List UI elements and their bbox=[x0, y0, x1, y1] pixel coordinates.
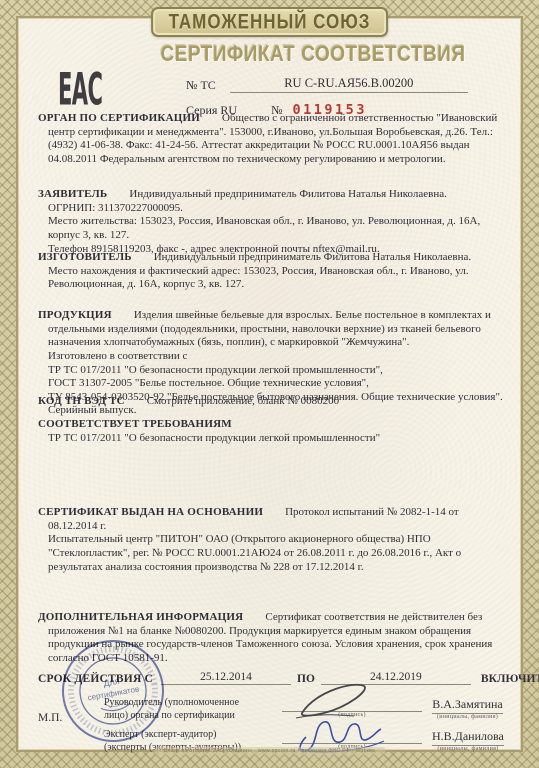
head-signature-line bbox=[282, 697, 422, 712]
product-line: ТР ТС 017/2011 "О безопасности продукции… bbox=[48, 364, 505, 378]
product-line: ГОСТ 31307-2005 "Белье постельное. Общие… bbox=[48, 377, 505, 391]
section-applicant-text: Индивидуальный предприниматель Филитова … bbox=[129, 188, 446, 200]
head-name-caption: (инициалы, фамилия) bbox=[432, 714, 503, 720]
stamp-text-line2: сертификатов bbox=[87, 685, 140, 703]
certificate-page: ТАМОЖЕННЫЙ СОЮЗ EAC СЕРТИФИКАТ СООТВЕТСТ… bbox=[0, 0, 539, 768]
expert-name: Н.В.Данилова bbox=[432, 729, 504, 746]
eac-logo: EAC bbox=[58, 64, 102, 116]
expert-name-caption: (инициалы, фамилия) bbox=[432, 746, 504, 752]
cert-number-label: № ТС bbox=[186, 78, 216, 93]
cert-number-value: RU C-RU.АЯ56.В.00200 bbox=[230, 76, 468, 93]
product-line: Изготовлено в соответствии с bbox=[48, 350, 505, 364]
section-applicant-label: ЗАЯВИТЕЛЬ bbox=[38, 188, 107, 200]
applicant-line: Место жительства: 153023, Россия, Иванов… bbox=[48, 215, 505, 242]
page-title: СЕРТИФИКАТ СООТВЕТСТВИЯ bbox=[128, 42, 498, 68]
cert-number-row: № ТС RU C-RU.АЯ56.В.00200 bbox=[186, 76, 468, 93]
section-meets-requirements: СООТВЕТСТВУЕТ ТРЕБОВАНИЯМ ТР ТС 017/2011… bbox=[38, 418, 505, 445]
validity-po-label: ПО bbox=[297, 673, 315, 685]
validity-suffix: ВКЛЮЧИТЕЛЬНО bbox=[481, 673, 539, 685]
section-tnved-text: Смотрите приложение, бланк № 0080200 bbox=[147, 395, 339, 407]
section-product-text: Изделия швейные бельевые для взрослых. Б… bbox=[48, 309, 491, 348]
applicant-line: ОГРНИП: 311370227000095. bbox=[48, 202, 505, 216]
customs-union-badge: ТАМОЖЕННЫЙ СОЮЗ bbox=[151, 7, 389, 37]
validity-to-date: 24.12.2019 bbox=[321, 671, 471, 685]
section-manufacturer-label: ИЗГОТОВИТЕЛЬ bbox=[38, 251, 132, 263]
section-meets-label: СООТВЕТСТВУЕТ ТРЕБОВАНИЯМ bbox=[38, 418, 505, 432]
section-tnved-code: КОД ТН ВЭД ТССмотрите приложение, бланк … bbox=[38, 395, 505, 409]
section-applicant: ЗАЯВИТЕЛЬИндивидуальный предприниматель … bbox=[38, 188, 505, 256]
manufacturer-line: Место нахождения и фактический адрес: 15… bbox=[48, 265, 505, 292]
head-signature-caption: (подпись) bbox=[282, 712, 422, 718]
section-manufacturer-text: Индивидуальный предприниматель Филитова … bbox=[154, 251, 471, 263]
expert-signature-line bbox=[282, 729, 422, 744]
section-tnved-label: КОД ТН ВЭД ТС bbox=[38, 395, 125, 407]
section-org-label: ОРГАН ПО СЕРТИФИКАЦИИ bbox=[38, 112, 200, 124]
section-meets-text: ТР ТС 017/2011 "О безопасности продукции… bbox=[48, 432, 505, 446]
section-basis-label: СЕРТИФИКАТ ВЫДАН НА ОСНОВАНИИ bbox=[38, 506, 263, 518]
customs-union-badge-label: ТАМОЖЕННЫЙ СОЮЗ bbox=[169, 10, 371, 35]
stamp-text-line1: Для bbox=[103, 676, 121, 689]
section-additional-label: ДОПОЛНИТЕЛЬНАЯ ИНФОРМАЦИЯ bbox=[38, 611, 243, 623]
section-certification-body: ОРГАН ПО СЕРТИФИКАЦИИОбщество с ограниче… bbox=[38, 112, 505, 167]
head-name: В.А.Замятина bbox=[432, 697, 503, 714]
validity-from-date: 25.12.2014 bbox=[161, 671, 291, 685]
section-manufacturer: ИЗГОТОВИТЕЛЬИндивидуальный предпринимате… bbox=[38, 251, 505, 292]
section-product-label: ПРОДУКЦИЯ bbox=[38, 309, 112, 321]
blank-manufacturer-microprint: Бланк изготовлен ЗАО «Опцион» · www.opci… bbox=[154, 747, 385, 755]
certificate-body: EAC СЕРТИФИКАТ СООТВЕТСТВИЯ № ТС RU C-RU… bbox=[16, 16, 523, 752]
seal-place-label: М.П. bbox=[38, 712, 62, 724]
basis-line: Испытательный центр "ПИТОН" ОАО (Открыто… bbox=[48, 533, 505, 574]
section-issued-on-basis: СЕРТИФИКАТ ВЫДАН НА ОСНОВАНИИПротокол ис… bbox=[38, 506, 505, 574]
certification-stamp-icon: Для сертификатов bbox=[49, 627, 176, 754]
